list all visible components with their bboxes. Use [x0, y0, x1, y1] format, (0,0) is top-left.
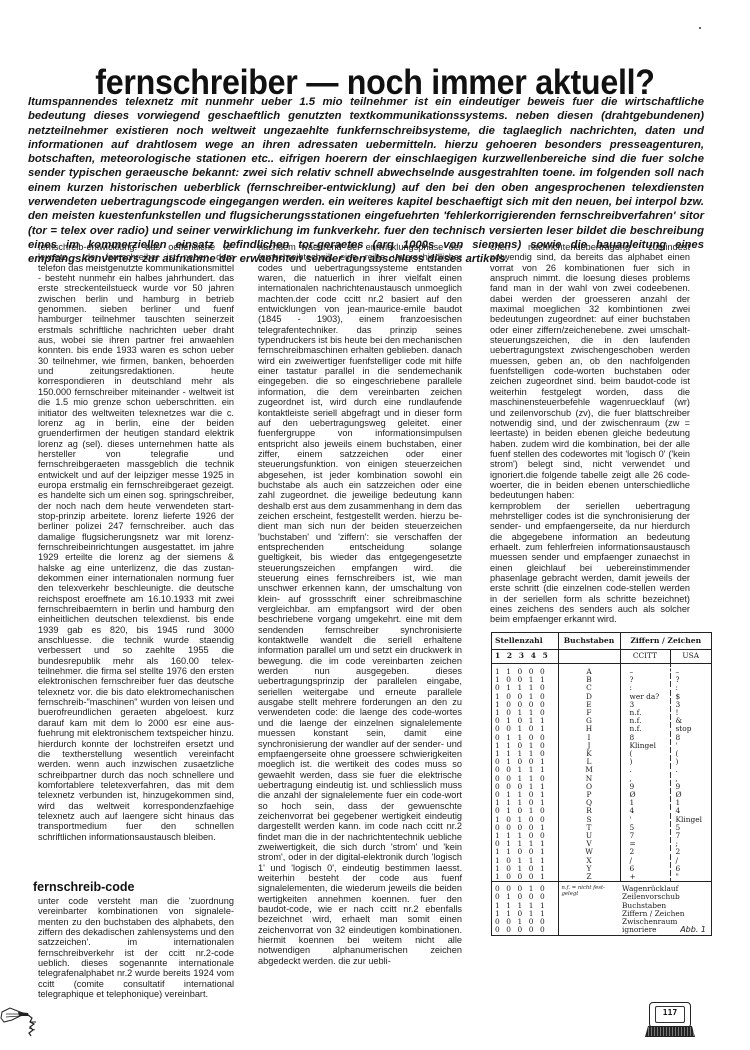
figure-caption: Abb. 1: [680, 925, 706, 934]
ccitt-cell: 2: [620, 848, 670, 856]
ccitt-cell: 4: [620, 807, 670, 815]
ccitt-cell: 5: [620, 824, 670, 832]
code-bits: 0 0 0 0 0: [492, 926, 558, 934]
ccitt-cell: n.f.: [620, 709, 670, 717]
header-positions: Stellenzahl: [492, 633, 558, 650]
column-3: chen nachrichtenuebertragung zumindest n…: [490, 242, 690, 625]
ccitt-cell: 1: [620, 799, 670, 807]
column-1: fernschreib-entwicklung: das oeffentlich…: [38, 242, 234, 842]
ccitt-cell: ?: [620, 676, 670, 684]
ccitt-cell: 7: [620, 832, 670, 840]
column-2-text: nachdem waehrend der entwicklungsphase d…: [258, 242, 462, 966]
hand-pen-illustration-icon: [0, 1000, 44, 1042]
column-1-section-2-text: unter code versteht man die 'zuordnung v…: [38, 896, 234, 999]
header-position-numbers: 1 2 3 4 5: [492, 650, 558, 664]
ccitt-cell: Ø: [620, 791, 670, 799]
scan-speck: [699, 27, 701, 29]
ccitt-cell: +: [620, 873, 670, 882]
ccitt-cell: .: [620, 766, 670, 774]
column-1-section-2: unter code versteht man die 'zuordnung v…: [38, 896, 234, 999]
ccitt-cell: n.f.: [620, 717, 670, 725]
header-usa: USA: [670, 650, 711, 664]
column-3-text-2: kernproblem der seriellen uebertragung m…: [490, 501, 690, 625]
letter-cell: Z: [558, 873, 620, 882]
ccitt-cell: 9: [620, 783, 670, 791]
ccitt-cell: n.f.: [620, 725, 670, 733]
header-figures: Ziffern / Zeichen: [620, 633, 711, 650]
control-table-body: 0 0 0 1 0n.f. = nicht fest- gelegtWagenr…: [492, 882, 711, 935]
ccitt-cell: wer da?: [620, 693, 670, 701]
ccitt-cell: ,: [620, 775, 670, 783]
usa-cell: ": [670, 873, 711, 882]
monitor-icon: 117: [649, 1002, 691, 1028]
section-heading-fernschreib-code: fernschreib-code: [33, 880, 134, 894]
ccitt-cell: –: [620, 664, 670, 677]
ccitt-cell: 3: [620, 701, 670, 709]
page-number: 117: [655, 1006, 685, 1023]
code-table-body: 1 1 0 0 0A––1 0 0 1 1B??0 1 1 1 0C::1 0 …: [492, 664, 711, 882]
ccitt-cell: ': [620, 816, 670, 824]
column-2: nachdem waehrend der entwicklungsphase d…: [258, 242, 462, 966]
ccitt-cell: =: [620, 840, 670, 848]
nf-note: n.f. = nicht fest- gelegt: [558, 882, 620, 935]
ccitt-cell: 6: [620, 865, 670, 873]
header-letters-blank: [558, 650, 620, 664]
page-number-computer-icon: 117: [645, 1002, 695, 1036]
ccitt-cell: Klingel: [620, 742, 670, 750]
keyboard-icon: [645, 1026, 695, 1037]
code-bits: 1 0 0 0 1: [492, 873, 558, 882]
ccitt-cell: (: [620, 750, 670, 758]
baudot-code-table: Stellenzahl Buchstaben Ziffern / Zeichen…: [491, 632, 712, 936]
header-letters: Buchstaben: [558, 633, 620, 650]
ccitt-cell: /: [620, 857, 670, 865]
table-row: 1 0 0 0 1Z+": [492, 873, 711, 882]
ccitt-cell: ): [620, 758, 670, 766]
intro-paragraph: ltumspannendes telexnetz mit nunmehr ueb…: [28, 95, 704, 267]
column-3-text: chen nachrichtenuebertragung zumindest n…: [490, 242, 690, 501]
header-ccitt: CCITT: [620, 650, 670, 664]
column-1-text: fernschreib-entwicklung: das oeffentlich…: [38, 242, 234, 842]
